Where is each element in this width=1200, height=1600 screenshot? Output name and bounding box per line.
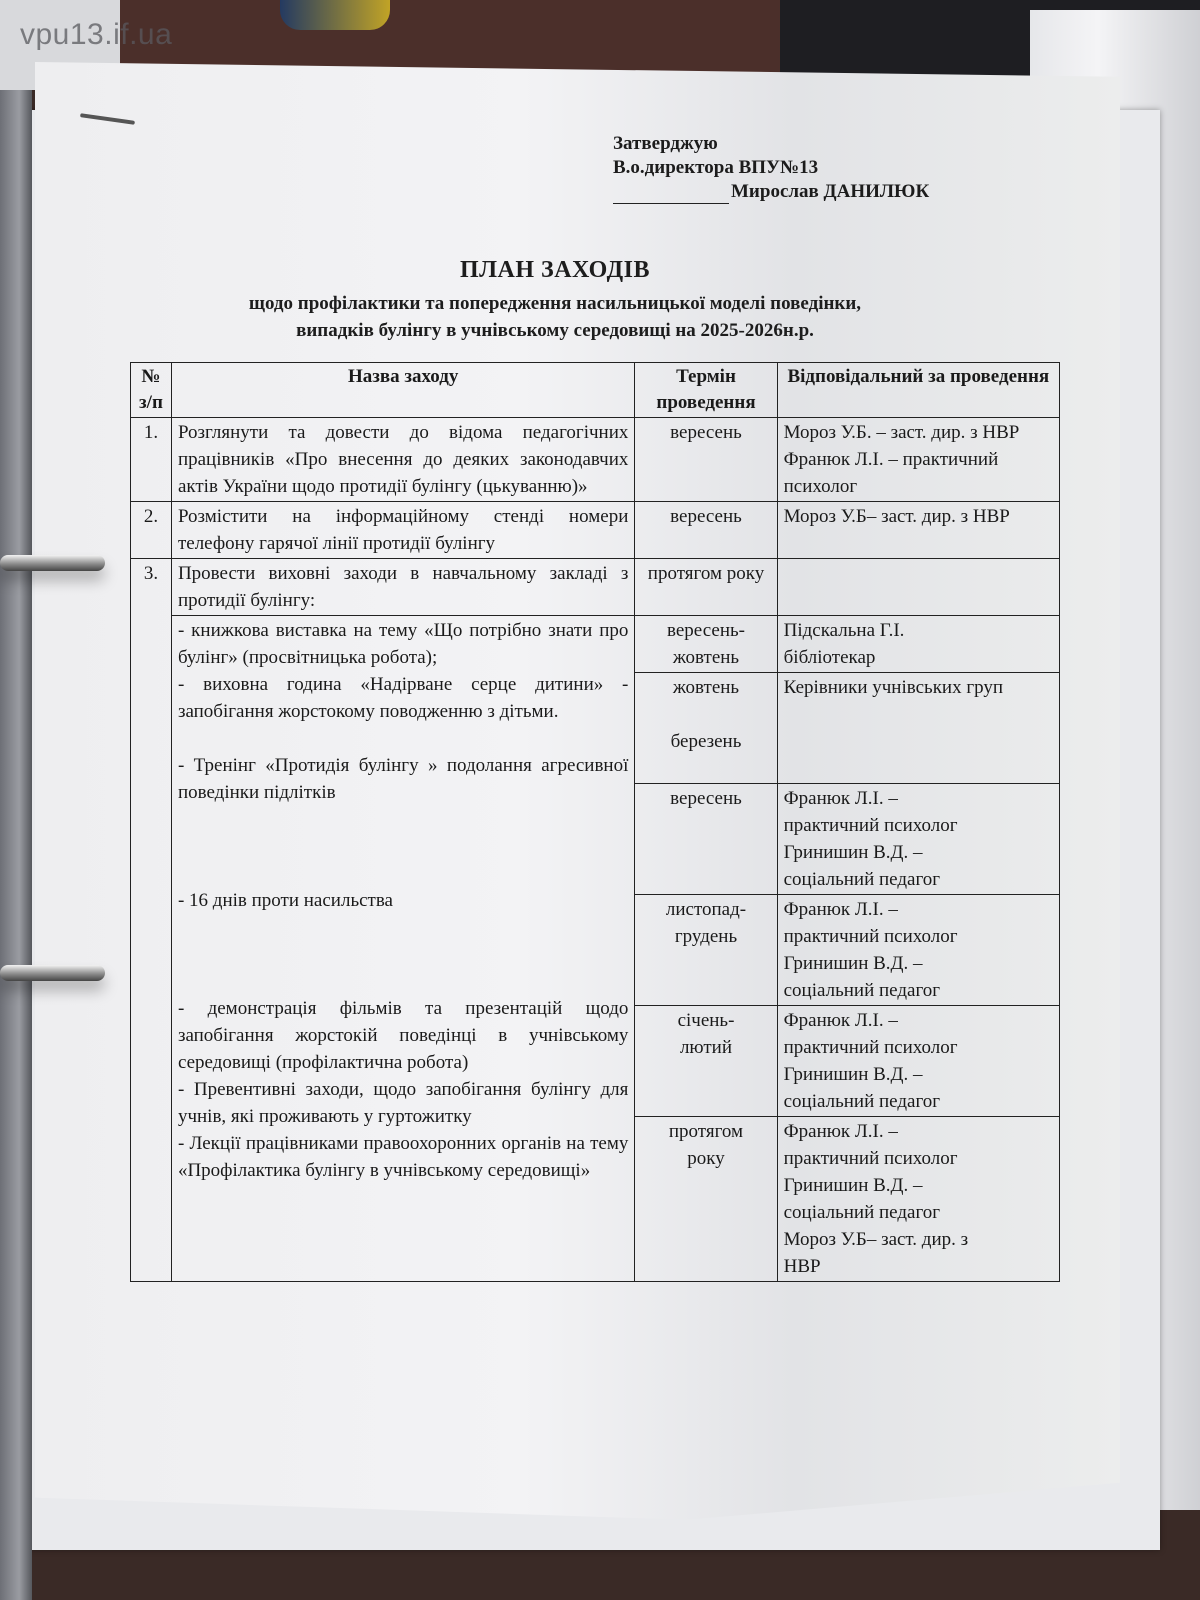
row-name: Розмістити на інформаційному стенді номе… (171, 502, 634, 559)
subtitle-line: щодо профілактики та попередження насиль… (35, 290, 1075, 317)
subitem-name: - Превентивні заходи, щодо запобігання б… (178, 1076, 628, 1130)
subitem-name: - Лекції працівниками правоохоронних орг… (178, 1130, 628, 1184)
row-number: 1. (131, 418, 172, 502)
plan-table: № з/п Назва заходу Термін проведення Від… (130, 362, 1060, 1282)
binder-spine (0, 90, 32, 1600)
header-term: Термін проведення (635, 363, 777, 418)
subitem-name: - виховна година «Надірване серце дитини… (178, 671, 628, 725)
subitem-term: вересень (635, 784, 777, 895)
document-title: ПЛАН ЗАХОДІВ (35, 257, 1075, 284)
table-row: 2. Розмістити на інформаційному стенді н… (131, 502, 1060, 559)
subitem-term: протягом року (635, 1117, 777, 1282)
row-name: Розглянути та довести до відома педагогі… (171, 418, 634, 502)
signature-line (613, 203, 729, 204)
header-responsible: Відповідальний за проведення (777, 363, 1059, 418)
row-number: 2. (131, 502, 172, 559)
header-name: Назва заходу (171, 363, 634, 418)
subitem-name: - Тренінг «Протидія булінгу » подолання … (178, 752, 628, 806)
approval-position: В.о.директора ВПУ№13 (613, 156, 929, 180)
row-responsible (777, 559, 1059, 616)
subitem-row: - книжкова виставка на тему «Що потрібно… (131, 616, 1060, 673)
approval-line: Затверджую (613, 132, 929, 156)
subitem-term: листопад- грудень (635, 895, 777, 1006)
table-row: 3. Провести виховні заходи в навчальному… (131, 559, 1060, 616)
subitem-responsible: Керівники учнівських груп (777, 673, 1059, 784)
row-responsible: Мороз У.Б– заст. дир. з НВР (777, 502, 1059, 559)
subitem-responsible: Франюк Л.І. – практичний психолог Гриниш… (777, 784, 1059, 895)
subitem-term: січень- лютий (635, 1006, 777, 1117)
subitem-term: жовтень березень (635, 673, 777, 784)
subitem-responsible: Підскальна Г.І. бібліотекар (777, 616, 1059, 673)
subitem-name: - книжкова виставка на тему «Що потрібно… (178, 617, 628, 671)
subitem-responsible: Франюк Л.І. – практичний психолог Гриниш… (777, 1006, 1059, 1117)
row-term: вересень (635, 418, 777, 502)
subitem-responsible: Франюк Л.І. – практичний психолог Гриниш… (777, 1117, 1059, 1282)
table-header-row: № з/п Назва заходу Термін проведення Від… (131, 363, 1060, 418)
subitem-responsible: Франюк Л.І. – практичний психолог Гриниш… (777, 895, 1059, 1006)
document-subtitle: щодо профілактики та попередження насиль… (35, 290, 1075, 344)
subtitle-line: випадків булінгу в учнівському середовищ… (35, 317, 1075, 344)
background-object (280, 0, 390, 30)
row-term: протягом року (635, 559, 777, 616)
document-page: Затверджую В.о.директора ВПУ№13 Мирослав… (35, 62, 1120, 1542)
binder-ring (0, 965, 105, 981)
row-name: Провести виховні заходи в навчальному за… (171, 559, 634, 616)
approval-block: Затверджую В.о.директора ВПУ№13 Мирослав… (613, 132, 929, 204)
binder-ring (0, 555, 105, 571)
approval-name: Мирослав ДАНИЛЮК (731, 181, 929, 202)
subitems-cell: - книжкова виставка на тему «Що потрібно… (171, 616, 634, 1282)
subitem-name: - 16 днів проти насильства (178, 887, 628, 914)
row-number: 3. (131, 559, 172, 1282)
subitem-name: - демонстрація фільмів та презентацій що… (178, 995, 628, 1076)
row-responsible: Мороз У.Б. – заст. дир. з НВР Франюк Л.І… (777, 418, 1059, 502)
row-term: вересень (635, 502, 777, 559)
header-number: № з/п (131, 363, 172, 418)
table-row: 1. Розглянути та довести до відома педаг… (131, 418, 1060, 502)
watermark: vpu13.if.ua (20, 18, 172, 52)
subitem-term: вересень- жовтень (635, 616, 777, 673)
punch-mark (80, 113, 135, 125)
